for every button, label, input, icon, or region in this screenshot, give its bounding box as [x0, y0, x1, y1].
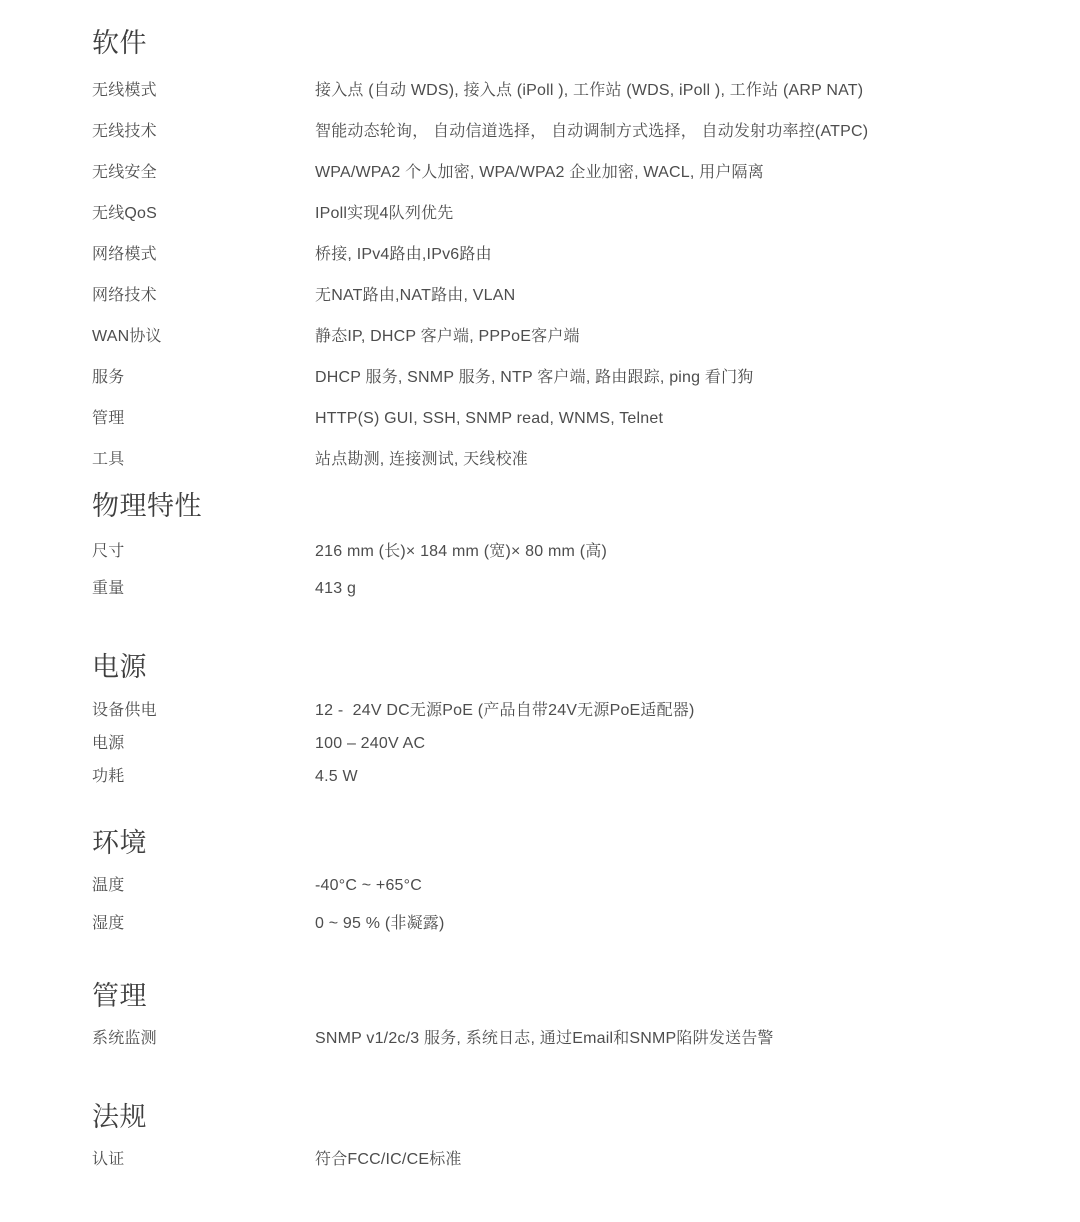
- spec-row: 重量 413 g: [92, 578, 1040, 600]
- section-title: 法规: [92, 1100, 1040, 1134]
- section-title: 物理特性: [92, 489, 1040, 523]
- spec-row: 无线安全 WPA/WPA2 个人加密, WPA/WPA2 企业加密, WACL,…: [92, 162, 1040, 184]
- spec-row: 无线模式 接入点 (自动 WDS), 接入点 (iPoll ), 工作站 (WD…: [92, 80, 1040, 102]
- spec-label: 无线安全: [92, 162, 315, 184]
- spec-row: 设备供电 12 - 24V DC无源PoE (产品自带24V无源PoE适配器): [92, 700, 1040, 722]
- section-title: 电源: [92, 650, 1040, 684]
- spec-row: 温度 -40°C ~ +65°C: [92, 875, 1040, 897]
- spec-value: 符合FCC/IC/CE标准: [315, 1149, 1040, 1171]
- spec-value: 100 – 240V AC: [315, 733, 1040, 755]
- spec-value: -40°C ~ +65°C: [315, 875, 1040, 897]
- spec-label: 认证: [92, 1149, 315, 1171]
- spec-value: 智能动态轮询， 自动信道选择， 自动调制方式选择， 自动发射功率控(ATPC): [315, 121, 1040, 143]
- spec-label: 无线模式: [92, 80, 315, 102]
- spec-label: 湿度: [92, 913, 315, 935]
- spec-row: 湿度 0 ~ 95 % (非凝露): [92, 913, 1040, 935]
- spec-row: 服务 DHCP 服务, SNMP 服务, NTP 客户端, 路由跟踪, ping…: [92, 367, 1040, 389]
- spec-value: 站点勘测, 连接测试, 天线校准: [315, 449, 1040, 471]
- spec-label: 无线QoS: [92, 203, 315, 225]
- spec-row: 功耗 4.5 W: [92, 766, 1040, 788]
- section-physical: 物理特性 尺寸 216 mm (长)× 184 mm (宽)× 80 mm (高…: [92, 489, 1040, 600]
- spec-row: 工具 站点勘测, 连接测试, 天线校准: [92, 449, 1040, 471]
- spec-label: 温度: [92, 875, 315, 897]
- spec-value: 0 ~ 95 % (非凝露): [315, 913, 1040, 935]
- spec-label: 网络模式: [92, 244, 315, 266]
- spec-label: 工具: [92, 449, 315, 471]
- spec-value: WPA/WPA2 个人加密, WPA/WPA2 企业加密, WACL, 用户隔离: [315, 162, 1040, 184]
- section-title: 软件: [92, 26, 1040, 60]
- spec-value: 桥接, IPv4路由,IPv6路由: [315, 244, 1040, 266]
- spec-label: 网络技术: [92, 285, 315, 307]
- spec-value: 216 mm (长)× 184 mm (宽)× 80 mm (高): [315, 541, 1040, 563]
- spec-value: IPoll实现4队列优先: [315, 203, 1040, 225]
- spec-row: 网络模式 桥接, IPv4路由,IPv6路由: [92, 244, 1040, 266]
- spec-value: 静态IP, DHCP 客户端, PPPoE客户端: [315, 326, 1040, 348]
- spec-row: 认证 符合FCC/IC/CE标准: [92, 1149, 1040, 1171]
- spec-row: 尺寸 216 mm (长)× 184 mm (宽)× 80 mm (高): [92, 541, 1040, 563]
- spec-sheet: 软件 无线模式 接入点 (自动 WDS), 接入点 (iPoll ), 工作站 …: [0, 0, 1080, 1222]
- spec-label: 功耗: [92, 766, 315, 788]
- spec-value: 12 - 24V DC无源PoE (产品自带24V无源PoE适配器): [315, 700, 1040, 722]
- spec-row: WAN协议 静态IP, DHCP 客户端, PPPoE客户端: [92, 326, 1040, 348]
- spec-row: 电源 100 – 240V AC: [92, 733, 1040, 755]
- spec-label: 无线技术: [92, 121, 315, 143]
- section-regulatory: 法规 认证 符合FCC/IC/CE标准: [92, 1100, 1040, 1171]
- spec-row: 系统监测 SNMP v1/2c/3 服务, 系统日志, 通过Email和SNMP…: [92, 1028, 1040, 1050]
- spec-value: DHCP 服务, SNMP 服务, NTP 客户端, 路由跟踪, ping 看门…: [315, 367, 1040, 389]
- spec-value: 4.5 W: [315, 766, 1040, 788]
- spec-label: WAN协议: [92, 326, 315, 348]
- spec-value: 接入点 (自动 WDS), 接入点 (iPoll ), 工作站 (WDS, iP…: [315, 80, 1040, 102]
- section-power: 电源 设备供电 12 - 24V DC无源PoE (产品自带24V无源PoE适配…: [92, 650, 1040, 788]
- section-environment: 环境 温度 -40°C ~ +65°C 湿度 0 ~ 95 % (非凝露): [92, 826, 1040, 935]
- section-title: 环境: [92, 826, 1040, 860]
- spec-label: 系统监测: [92, 1028, 315, 1050]
- spec-label: 服务: [92, 367, 315, 389]
- spec-row: 管理 HTTP(S) GUI, SSH, SNMP read, WNMS, Te…: [92, 408, 1040, 430]
- spec-value: 无NAT路由,NAT路由, VLAN: [315, 285, 1040, 307]
- spec-value: SNMP v1/2c/3 服务, 系统日志, 通过Email和SNMP陷阱发送告…: [315, 1028, 1040, 1050]
- spec-label: 电源: [92, 733, 315, 755]
- section-software: 软件 无线模式 接入点 (自动 WDS), 接入点 (iPoll ), 工作站 …: [92, 26, 1040, 471]
- section-management: 管理 系统监测 SNMP v1/2c/3 服务, 系统日志, 通过Email和S…: [92, 979, 1040, 1050]
- spec-value: 413 g: [315, 578, 1040, 600]
- spec-row: 无线技术 智能动态轮询， 自动信道选择， 自动调制方式选择， 自动发射功率控(A…: [92, 121, 1040, 143]
- spec-row: 无线QoS IPoll实现4队列优先: [92, 203, 1040, 225]
- spec-label: 设备供电: [92, 700, 315, 722]
- spec-label: 重量: [92, 578, 315, 600]
- section-title: 管理: [92, 979, 1040, 1013]
- spec-value: HTTP(S) GUI, SSH, SNMP read, WNMS, Telne…: [315, 408, 1040, 430]
- spec-label: 尺寸: [92, 541, 315, 563]
- spec-label: 管理: [92, 408, 315, 430]
- spec-row: 网络技术 无NAT路由,NAT路由, VLAN: [92, 285, 1040, 307]
